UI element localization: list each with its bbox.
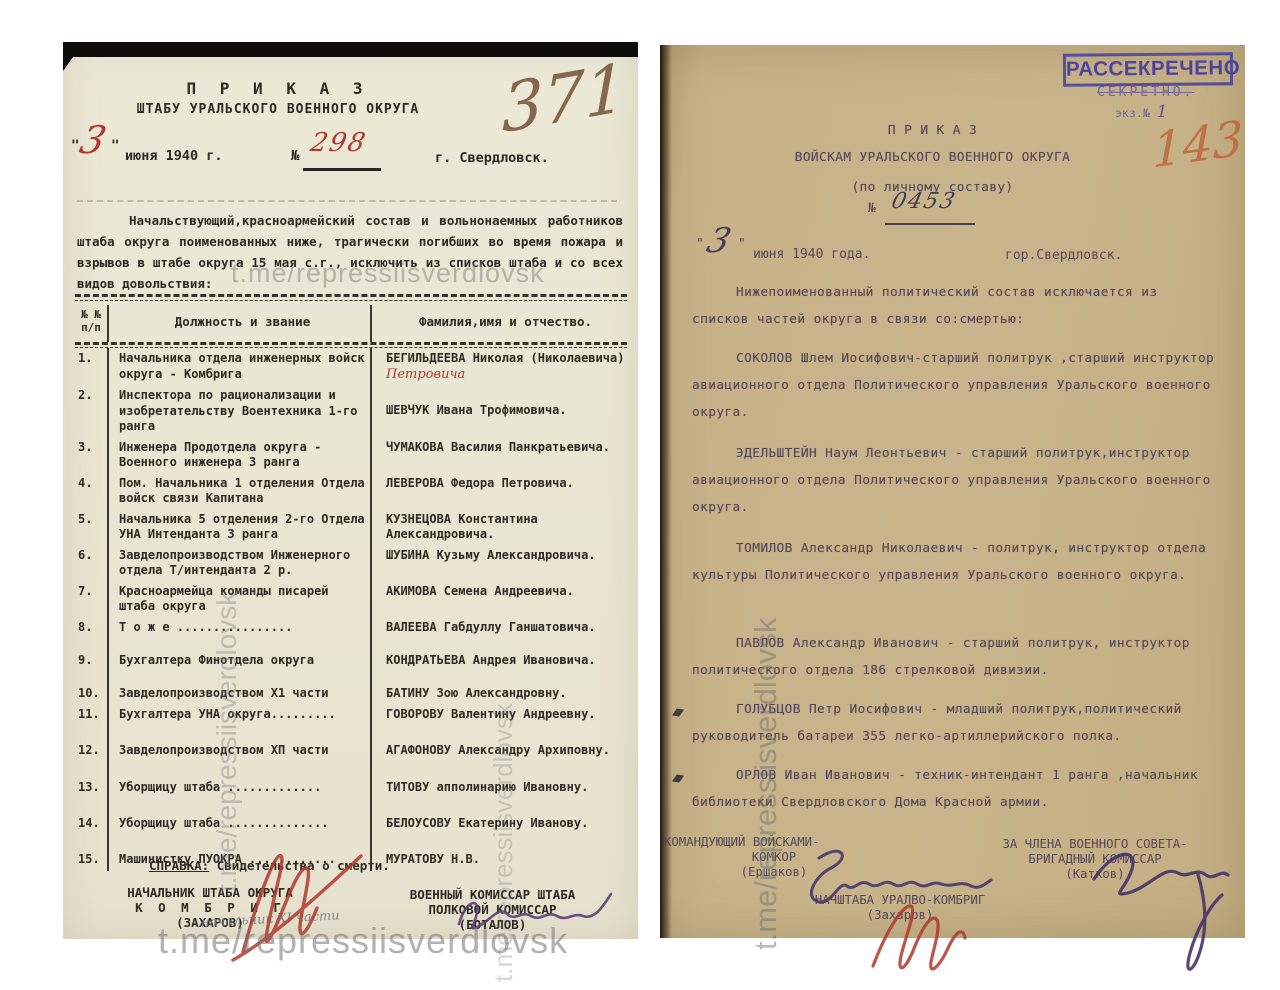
scanned-documents-view: П Р И К А З ШТАБУ УРАЛЬСКОГО ВОЕННОГО ОК… — [0, 0, 1280, 990]
spravka-label: СПРАВКА: — [149, 858, 209, 873]
scan-edge-corner — [63, 57, 73, 71]
left-document-page: П Р И К А З ШТАБУ УРАЛЬСКОГО ВОЕННОГО ОК… — [63, 42, 638, 939]
header-num: № № п/п — [75, 305, 107, 342]
ink-mark — [672, 774, 684, 782]
spravka-text: Свидетельства о смерти. — [209, 858, 390, 873]
row-num: 9. — [75, 650, 107, 683]
quote-mark: " — [696, 237, 704, 252]
row-num: 7. — [75, 581, 107, 617]
signature-block-chief-of-staff: НАЧШТАБА УРАЛВО-КОМБРИГ (Захаров) — [765, 893, 1035, 923]
spravka-line: СПРАВКА: Свидетельства о смерти. — [149, 858, 390, 873]
scan-edge-bar — [63, 42, 638, 57]
row-name: ШУБИНА Кузьму Александровича. — [370, 545, 627, 581]
row-position: Начальника отдела инженерных войск округ… — [107, 348, 370, 385]
row-num: 14. — [75, 813, 107, 849]
row-name: ЛЕВЕРОВА Федора Петровича. — [370, 473, 627, 509]
row-position: Т о ж е ................ — [107, 617, 370, 650]
sig-name: (БОТАЛОВ) — [355, 917, 630, 932]
row-num: 2. — [75, 385, 107, 437]
order-paragraph: ПАВЛОВ Александр Иванович - старший поли… — [692, 630, 1220, 684]
row-name: КУЗНЕЦОВА Константина Александровича. — [370, 509, 627, 545]
date-text: июня 1940 года. — [753, 247, 870, 262]
secret-label-struck: СЕКРЕТНО. — [1097, 85, 1194, 100]
handwritten-day: 3 — [76, 118, 111, 162]
row-position: Завделопроизводством ХП части — [107, 740, 370, 777]
table-row: 12. Завделопроизводством ХП части АГАФОН… — [75, 740, 627, 777]
row-num: 11. — [75, 704, 107, 740]
right-doc-title: П Р И К А З — [660, 117, 1205, 144]
row-position: Бухгалтера УНА округа......... — [107, 704, 370, 740]
signature-block-military-council: ЗА ЧЛЕНА ВОЕННОГО СОВЕТА- БРИГАДНЫЙ КОМИ… — [960, 837, 1230, 882]
row-position: Уборщицу штаба .............. — [107, 813, 370, 849]
left-doc-dateline: " 3 " июня 1940 г. № 298 г. Свердловск. — [63, 130, 638, 180]
row-name: МУРАТОВУ Н.В. — [370, 849, 627, 871]
sig-title: ВОЕННЫЙ КОМИССАР ШТАБА — [355, 887, 630, 902]
row-name: БАТИНУ Зою Александровну. — [370, 683, 627, 704]
sig-name: (Захаров) — [765, 908, 1035, 923]
number-underline — [885, 223, 975, 225]
row-position: Завделопроизводством Х1 части — [107, 683, 370, 704]
scan-noise-line — [77, 200, 617, 202]
row-name: ГОВОРОВУ Валентину Андреевну. — [370, 704, 627, 740]
table-row: 14. Уборщицу штаба .............. БЕЛОУС… — [75, 813, 627, 849]
table-row: 8. Т о ж е ................ ВАЛЕЕВА Габд… — [75, 617, 627, 650]
order-paragraph: ОРЛОВ Иван Иванович - техник-интендант 1… — [692, 762, 1220, 816]
row-num: 12. — [75, 740, 107, 777]
table-row: 2. Инспектора по рационализации и изобре… — [75, 385, 627, 437]
row-position: Бухгалтера Финотдела округа — [107, 650, 370, 683]
handwritten-day: 3 — [702, 221, 735, 261]
right-document-page: РАССЕКРЕЧЕНО СЕКРЕТНО. экз.№ 1 143 П Р И… — [660, 45, 1245, 938]
number-label: № — [291, 148, 299, 164]
row-name: БЕЛОУСОВУ Екатерину Иванову. — [370, 813, 627, 849]
city-text: гор.Свердловск. — [1005, 248, 1122, 263]
row-num: 3. — [75, 437, 107, 473]
signature-block-commander: КОМАНДУЮЩИЙ ВОЙСКАМИ- КОМКОР (Ершаков) — [664, 835, 884, 880]
right-doc-subtitle: ВОЙСКАМ УРАЛЬСКОГО ВОЕННОГО ОКРУГА — [660, 144, 1205, 171]
sig-rank: КОМКОР — [664, 850, 884, 865]
right-doc-dateline: " 3 " июня 1940 года. гор.Свердловск. — [660, 231, 1245, 277]
row-name: ВАЛЕЕВА Габдуллу Ганшатовича. — [370, 617, 627, 650]
table-row: 5. Начальника 5 отделения 2-го Отдела УН… — [75, 509, 627, 545]
header-position: Должность и звание — [107, 305, 370, 342]
quote-mark: " — [738, 237, 746, 252]
order-paragraph: ТОМИЛОВ Александр Николаевич - политрук,… — [692, 535, 1220, 589]
number-label: № — [868, 201, 876, 216]
row-num: 15. — [75, 849, 107, 871]
row-position: Инспектора по рационализации и изобретат… — [107, 385, 370, 437]
table-row: 13. Уборщицу штаба ............. ТИТОВУ … — [75, 777, 627, 813]
ink-mark — [672, 708, 684, 716]
city-text: г. Свердловск. — [435, 150, 549, 166]
row-num: 8. — [75, 617, 107, 650]
table-header-row: № № п/п Должность и звание Фамилия,имя и… — [75, 301, 627, 342]
sig-rank: ПОЛКОВОЙ КОМИССАР — [355, 902, 630, 917]
row-num: 4. — [75, 473, 107, 509]
sig-title: КОМАНДУЮЩИЙ ВОЙСКАМИ- — [664, 835, 884, 850]
handwritten-correction: Петровича — [386, 367, 465, 382]
sig-name: (Ершаков) — [664, 865, 884, 880]
table-row: 9. Бухгалтера Финотдела округа КОНДРАТЬЕ… — [75, 650, 627, 683]
table-row: 3. Инженера Продотдела округа - Военного… — [75, 437, 627, 473]
right-doc-intro: Нижепоименованный политический состав ис… — [692, 279, 1216, 333]
date-text: июня 1940 г. — [125, 148, 223, 164]
table-row: 10. Завделопроизводством Х1 части БАТИНУ… — [75, 683, 627, 704]
row-position: Инженера Продотдела округа - Военного ин… — [107, 437, 370, 473]
row-name: БЕГИЛЬДЕЕВА Николая (Николаевича) Петров… — [370, 348, 627, 385]
row-position: Завделопроизводством Инженерного отдела … — [107, 545, 370, 581]
row-position: Пом. Начальника 1 отделения Отдела войск… — [107, 473, 370, 509]
row-position: Красноармейца команды писарей штаба окру… — [107, 581, 370, 617]
header-name: Фамилия,имя и отчество. — [370, 305, 627, 342]
handwritten-order-number: 298 — [308, 128, 370, 158]
personnel-table: № № п/п Должность и звание Фамилия,имя и… — [75, 294, 627, 871]
table-row: 7. Красноармейца команды писарей штаба о… — [75, 581, 627, 617]
sig-name: (Катков) — [960, 867, 1230, 882]
header-num-line1: № № — [75, 308, 107, 321]
order-paragraph: СОКОЛОВ Шлем Иосифович-старший политрук … — [692, 345, 1220, 426]
left-doc-title: П Р И К А З — [63, 79, 493, 98]
row-name: АКИМОВА Семена Андреевича. — [370, 581, 627, 617]
number-underline — [303, 168, 381, 171]
table-row: 6. Завделопроизводством Инженерного отде… — [75, 545, 627, 581]
declassified-stamp: РАССЕКРЕЧЕНО — [1063, 52, 1233, 86]
sig-rank: БРИГАДНЫЙ КОМИССАР — [960, 852, 1230, 867]
row-name: КОНДРАТЬЕВА Андрея Ивановича. — [370, 650, 627, 683]
handwritten-order-number: 0453 — [889, 189, 959, 214]
row-num: 5. — [75, 509, 107, 545]
row-num: 1. — [75, 348, 107, 385]
order-paragraph: ГОЛУБЦОВ Петр Иосифович - младший политр… — [692, 696, 1220, 750]
row-name: АГАФОНОВУ Александру Архиповну. — [370, 740, 627, 777]
row-position: Уборщицу штаба ............. — [107, 777, 370, 813]
order-paragraph: ЭДЕЛЬШТЕЙН Наум Леонтьевич - старший пол… — [692, 440, 1220, 521]
left-doc-subtitle: ШТАБУ УРАЛЬСКОГО ВОЕННОГО ОКРУГА — [63, 102, 493, 117]
row-position: Начальника 5 отделения 2-го Отдела УНА И… — [107, 509, 370, 545]
left-doc-intro: Начальствующий,красноармейский состав и … — [77, 210, 623, 294]
row-name-text: БЕГИЛЬДЕЕВА Николая (Николаевича) — [386, 351, 624, 365]
sig-title: НАЧШТАБА УРАЛВО-КОМБРИГ — [765, 893, 1035, 908]
table-row: 1. Начальника отдела инженерных войск ок… — [75, 348, 627, 385]
sig-title: НАЧАЛЬНИК ШТАБА ОКРУГА — [65, 885, 355, 900]
row-num: 13. — [75, 777, 107, 813]
table-row: 11. Бухгалтера УНА округа......... ГОВОР… — [75, 704, 627, 740]
row-name: ШЕВЧУК Ивана Трофимовича. — [370, 385, 627, 437]
sig-title: ЗА ЧЛЕНА ВОЕННОГО СОВЕТА- — [960, 837, 1230, 852]
row-num: 10. — [75, 683, 107, 704]
row-num: 6. — [75, 545, 107, 581]
header-num-line2: п/п — [75, 321, 107, 334]
quote-mark: " — [111, 138, 119, 154]
row-name: ТИТОВУ апполинарию Ивановну. — [370, 777, 627, 813]
row-name: ЧУМАКОВА Василия Панкратьевича. — [370, 437, 627, 473]
table-row: 4. Пом. Начальника 1 отделения Отдела во… — [75, 473, 627, 509]
signature-block-commissar: ВОЕННЫЙ КОМИССАР ШТАБА ПОЛКОВОЙ КОМИССАР… — [355, 887, 630, 932]
